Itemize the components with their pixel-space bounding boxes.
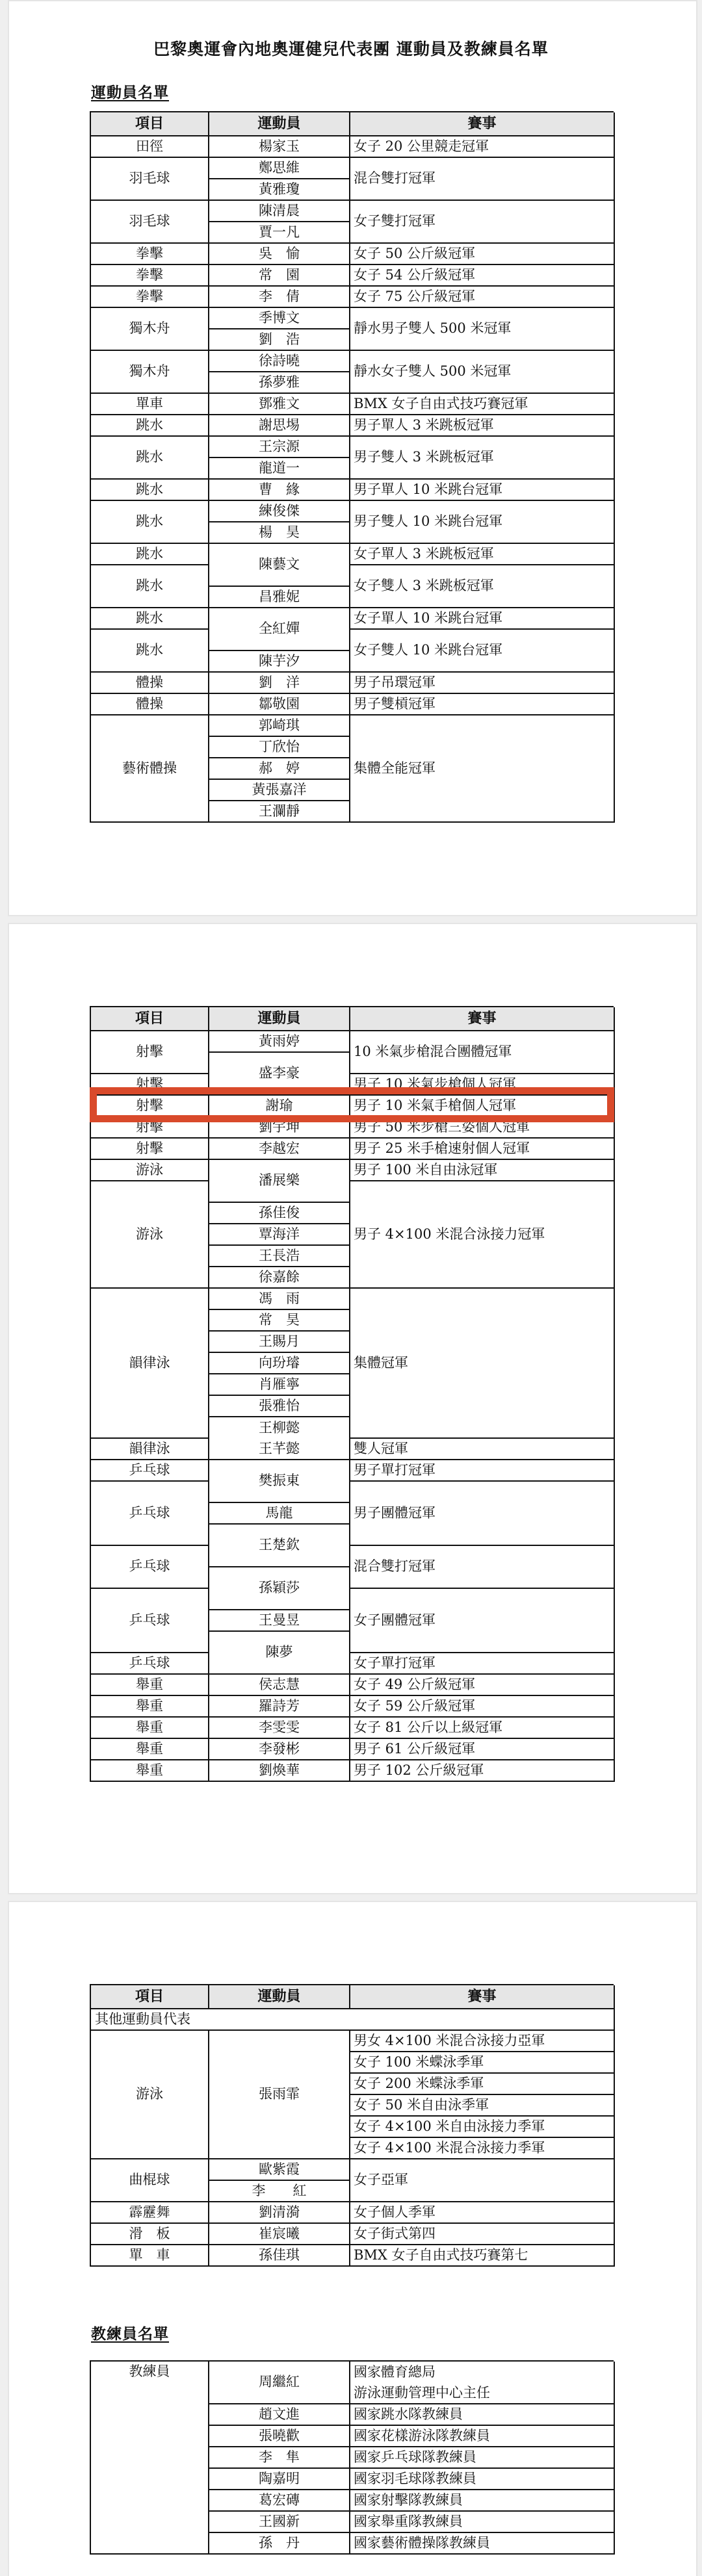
column-header-event: 賽事 [350, 1985, 615, 2009]
name-cell: 向玢璿 [209, 1353, 350, 1374]
name-cell: 覃海洋 [209, 1224, 350, 1246]
name-cell: 王宗源 [209, 437, 350, 458]
sport-cell: 舉重 [91, 1739, 209, 1760]
sport-cell: 乒乓球 [91, 1589, 209, 1653]
name-cell: 張雅怡 [209, 1396, 350, 1417]
name-cell: 李 倩 [209, 287, 350, 308]
name-cell: 黃雅瓊 [209, 179, 350, 201]
name-cell: 周繼紅 [209, 2362, 350, 2404]
event-cell: 雙人冠軍 [350, 1439, 615, 1460]
sport-cell: 游泳 [91, 1160, 209, 1181]
sport-cell: 韻律泳 [91, 1439, 209, 1460]
sport-cell: 乒乓球 [91, 1482, 209, 1546]
event-cell: 國家射擊隊教練員 [350, 2490, 615, 2512]
name-cell: 徐詩曉 [209, 351, 350, 372]
name-cell: 陳夢 [209, 1632, 350, 1675]
event-cell: 男子 10 米氣手槍個人冠軍 [350, 1096, 615, 1117]
name-cell: 丁欣怡 [209, 737, 350, 758]
column-header-sport: 項目 [91, 1985, 209, 2009]
event-cell: 女子團體冠軍 [350, 1589, 615, 1653]
sport-cell: 射擊 [91, 1139, 209, 1160]
name-cell: 常 園 [209, 265, 350, 287]
event-cell: 男子 25 米手槍速射個人冠軍 [350, 1139, 615, 1160]
name-cell: 崔宸曦 [209, 2224, 350, 2245]
sport-cell: 教練員 [91, 2362, 209, 2555]
name-cell: 張雨霏 [209, 2031, 350, 2159]
sport-cell: 曲棍球 [91, 2159, 209, 2202]
name-cell: 王曼昱 [209, 1610, 350, 1632]
event-cell: 男子 4×100 米混合泳接力冠軍 [350, 1181, 615, 1289]
name-cell: 孫穎莎 [209, 1567, 350, 1610]
event-cell: 國家花樣游泳隊教練員 [350, 2426, 615, 2447]
name-cell: 王柳懿王芊懿 [209, 1417, 350, 1460]
event-cell: 女子 200 米蝶泳季軍 [350, 2074, 615, 2095]
name-cell: 黃張嘉洋 [209, 780, 350, 801]
event-cell: 女子單人 3 米跳板冠軍 [350, 544, 615, 565]
name-cell: 劉清漪 [209, 2202, 350, 2224]
event-cell: 混合雙打冠軍 [350, 1546, 615, 1589]
event-cell: 男子單打冠軍 [350, 1460, 615, 1482]
name-cell: 李 隼 [209, 2447, 350, 2469]
event-cell: 女子個人季軍 [350, 2202, 615, 2224]
name-cell: 樊振東 [209, 1460, 350, 1503]
name-cell: 馮 雨 [209, 1289, 350, 1310]
column-header-sport: 項目 [91, 1007, 209, 1031]
event-cell: 女子 20 公里競走冠軍 [350, 136, 615, 158]
name-cell: 陶嘉明 [209, 2469, 350, 2490]
event-cell: 女子 54 公斤級冠軍 [350, 265, 615, 287]
athletes-table-page-3: 項目運動員賽事其他運動員代表游泳張雨霏男女 4×100 米混合泳接力亞軍女子 1… [90, 1984, 614, 2267]
sport-cell: 跳水 [91, 630, 209, 673]
column-header-name: 運動員 [209, 112, 350, 136]
sport-cell: 拳擊 [91, 287, 209, 308]
event-cell: 男子吊環冠軍 [350, 673, 615, 694]
name-cell: 劉宇坤 [209, 1117, 350, 1139]
name-cell: 龍道一 [209, 458, 350, 480]
column-header-event: 賽事 [350, 112, 615, 136]
event-cell: 男子 10 米氣步槍個人冠軍 [350, 1074, 615, 1096]
name-cell: 全紅嬋 [209, 608, 350, 651]
event-cell: 男子雙人 10 米跳台冠軍 [350, 501, 615, 544]
name-cell: 孫佳俊 [209, 1203, 350, 1224]
name-cell: 葛宏磚 [209, 2490, 350, 2512]
event-cell: BMX 女子自由式技巧賽冠軍 [350, 394, 615, 415]
event-cell: 女子街式第四 [350, 2224, 615, 2245]
name-cell: 陳清晨 [209, 201, 350, 222]
name-cell: 昌雅妮 [209, 587, 350, 608]
athletes-table-page-2: 項目運動員賽事射擊黃雨婷盛李豪10 米氣步槍混合團體冠軍射擊男子 10 米氣步槍… [90, 1006, 614, 1782]
sport-cell: 游泳 [91, 2031, 209, 2159]
sport-cell: 跳水 [91, 608, 209, 630]
name-cell: 鄧雅文 [209, 394, 350, 415]
name-cell: 羅詩芳 [209, 1696, 350, 1718]
event-cell: 女子雙人 10 米跳台冠軍 [350, 630, 615, 673]
event-cell: 國家羽毛球隊教練員 [350, 2469, 615, 2490]
event-cell: 國家藝術體操隊教練員 [350, 2533, 615, 2555]
sport-cell: 羽毛球 [91, 201, 209, 244]
name-cell: 謝瑜 [209, 1096, 350, 1117]
sport-cell: 舉重 [91, 1760, 209, 1782]
name-cell: 孫 丹 [209, 2533, 350, 2555]
group-label-cell: 其他運動員代表 [91, 2009, 615, 2031]
event-cell: 男子雙人 3 米跳板冠軍 [350, 437, 615, 480]
sport-cell: 跳水 [91, 437, 209, 480]
event-cell: 10 米氣步槍混合團體冠軍 [350, 1031, 615, 1074]
event-cell: 國家體育總局游泳運動管理中心主任 [350, 2362, 615, 2404]
event-cell: 女子 49 公斤級冠軍 [350, 1675, 615, 1696]
name-cell: 郝 婷 [209, 758, 350, 780]
name-cell: 黃雨婷 [209, 1031, 350, 1053]
event-cell: 女子亞軍 [350, 2159, 615, 2202]
event-cell: 女子 50 米自由泳季軍 [350, 2095, 615, 2117]
name-cell: 郭崎琪 [209, 715, 350, 737]
event-cell: 女子單打冠軍 [350, 1653, 615, 1675]
event-cell: 女子 81 公斤以上級冠軍 [350, 1718, 615, 1739]
name-cell: 賈一凡 [209, 222, 350, 244]
coaches-heading: 教練員名單 [91, 2322, 169, 2343]
column-header-name: 運動員 [209, 1007, 350, 1031]
athletes-table-page-1: 項目運動員賽事田徑楊家玉女子 20 公里競走冠軍羽毛球鄭思維黃雅瓊混合雙打冠軍羽… [90, 111, 614, 823]
name-cell: 王瀾靜 [209, 801, 350, 823]
sport-cell: 舉重 [91, 1675, 209, 1696]
name-cell: 劉 浩 [209, 329, 350, 351]
athletes-heading: 運動員名單 [91, 81, 169, 102]
name-cell: 李雯雯 [209, 1718, 350, 1739]
sport-cell: 射擊 [91, 1096, 209, 1117]
sport-cell: 霹靂舞 [91, 2202, 209, 2224]
sport-cell: 跳水 [91, 565, 209, 608]
sport-cell: 田徑 [91, 136, 209, 158]
sport-cell: 體操 [91, 673, 209, 694]
name-cell: 趙文進 [209, 2404, 350, 2426]
column-header-event: 賽事 [350, 1007, 615, 1031]
sport-cell: 游泳 [91, 1181, 209, 1289]
sport-cell: 拳擊 [91, 244, 209, 265]
event-cell: 女子 59 公斤級冠軍 [350, 1696, 615, 1718]
sport-cell: 羽毛球 [91, 158, 209, 201]
event-cell: 男子 50 米步槍三姿個人冠軍 [350, 1117, 615, 1139]
event-cell: 女子 4×100 米混合泳接力季軍 [350, 2138, 615, 2159]
sport-cell: 射擊 [91, 1074, 209, 1096]
name-cell: 盛李豪 [209, 1053, 350, 1096]
name-cell: 肖雁寧 [209, 1374, 350, 1396]
sport-cell: 乒乓球 [91, 1460, 209, 1482]
sport-cell: 跳水 [91, 544, 209, 565]
sport-cell: 藝術體操 [91, 715, 209, 823]
name-cell: 李越宏 [209, 1139, 350, 1160]
event-cell: 男子團體冠軍 [350, 1482, 615, 1546]
event-cell: 女子雙人 3 米跳板冠軍 [350, 565, 615, 608]
event-cell: 女子雙打冠軍 [350, 201, 615, 244]
name-cell: 潘展樂 [209, 1160, 350, 1203]
sport-cell: 滑 板 [91, 2224, 209, 2245]
event-cell: 女子 50 公斤級冠軍 [350, 244, 615, 265]
name-cell: 謝思埸 [209, 415, 350, 437]
coaches-table: 教練員周繼紅國家體育總局游泳運動管理中心主任趙文進國家跳水隊教練員張曉歡國家花樣… [90, 2360, 614, 2555]
event-cell: 靜水女子雙人 500 米冠軍 [350, 351, 615, 394]
sport-cell: 獨木舟 [91, 308, 209, 351]
name-cell: 楊 昊 [209, 522, 350, 544]
name-cell: 練俊傑 [209, 501, 350, 522]
event-cell: 混合雙打冠軍 [350, 158, 615, 201]
sport-cell: 跳水 [91, 415, 209, 437]
column-header-sport: 項目 [91, 112, 209, 136]
event-cell: 男子 61 公斤級冠軍 [350, 1739, 615, 1760]
name-cell: 馬龍 [209, 1503, 350, 1525]
name-cell: 楊家玉 [209, 136, 350, 158]
sport-cell: 射擊 [91, 1117, 209, 1139]
name-cell: 王國新 [209, 2512, 350, 2533]
event-cell: 國家舉重隊教練員 [350, 2512, 615, 2533]
name-cell: 劉煥華 [209, 1760, 350, 1782]
event-cell: 女子 75 公斤級冠軍 [350, 287, 615, 308]
column-header-name: 運動員 [209, 1985, 350, 2009]
event-cell: 男子單人 3 米跳板冠軍 [350, 415, 615, 437]
name-cell: 李 紅 [209, 2181, 350, 2202]
name-cell: 陳芋汐 [209, 651, 350, 673]
event-cell: 女子單人 10 米跳台冠軍 [350, 608, 615, 630]
name-cell: 季博文 [209, 308, 350, 329]
event-cell: 男子 102 公斤級冠軍 [350, 1760, 615, 1782]
name-cell: 張曉歡 [209, 2426, 350, 2447]
name-cell: 吳 愉 [209, 244, 350, 265]
sport-cell: 跳水 [91, 480, 209, 501]
document-title: 巴黎奧運會內地奧運健兒代表團 運動員及教練員名單 [0, 36, 702, 60]
event-cell: 集體全能冠軍 [350, 715, 615, 823]
name-cell: 李發彬 [209, 1739, 350, 1760]
sport-cell: 體操 [91, 694, 209, 715]
name-cell: 常 昊 [209, 1310, 350, 1332]
sport-cell: 獨木舟 [91, 351, 209, 394]
sport-cell: 韻律泳 [91, 1289, 209, 1439]
name-cell: 曹 緣 [209, 480, 350, 501]
event-cell: 男子單人 10 米跳台冠軍 [350, 480, 615, 501]
sport-cell: 拳擊 [91, 265, 209, 287]
sport-cell: 乒乓球 [91, 1653, 209, 1675]
sport-cell: 射擊 [91, 1031, 209, 1074]
sport-cell: 單車 [91, 394, 209, 415]
sport-cell: 舉重 [91, 1718, 209, 1739]
event-cell: 男女 4×100 米混合泳接力亞軍 [350, 2031, 615, 2052]
name-cell: 王賜月 [209, 1332, 350, 1353]
name-cell: 陳藝文 [209, 544, 350, 587]
name-cell: 歐紫霞 [209, 2159, 350, 2181]
event-cell: 國家跳水隊教練員 [350, 2404, 615, 2426]
sport-cell: 舉重 [91, 1696, 209, 1718]
name-cell: 劉 洋 [209, 673, 350, 694]
name-cell: 鄭思維 [209, 158, 350, 179]
event-cell: BMX 女子自由式技巧賽第七 [350, 2245, 615, 2267]
name-cell: 王楚欽 [209, 1525, 350, 1567]
event-cell: 靜水男子雙人 500 米冠軍 [350, 308, 615, 351]
sport-cell: 單 車 [91, 2245, 209, 2267]
event-cell: 男子雙槓冠軍 [350, 694, 615, 715]
event-cell: 國家乒乓球隊教練員 [350, 2447, 615, 2469]
sport-cell: 跳水 [91, 501, 209, 544]
sport-cell: 乒乓球 [91, 1546, 209, 1589]
event-cell: 女子 100 米蝶泳季軍 [350, 2052, 615, 2074]
name-cell: 侯志慧 [209, 1675, 350, 1696]
name-cell: 徐嘉餘 [209, 1267, 350, 1289]
event-cell: 男子 100 米自由泳冠軍 [350, 1160, 615, 1181]
event-cell: 女子 4×100 米自由泳接力季軍 [350, 2117, 615, 2138]
event-cell: 集體冠軍 [350, 1289, 615, 1439]
name-cell: 鄒敬園 [209, 694, 350, 715]
name-cell: 孫佳琪 [209, 2245, 350, 2267]
name-cell: 孫夢雅 [209, 372, 350, 394]
name-cell: 王長浩 [209, 1246, 350, 1267]
